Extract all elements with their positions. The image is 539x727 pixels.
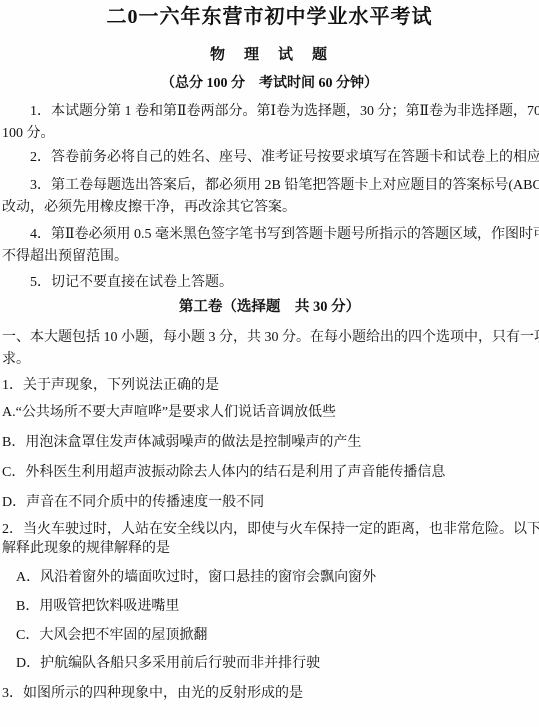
score-info: （总分 100 分 考试时间 60 分钟） bbox=[0, 76, 539, 91]
notice-4-line-2: 不得超出预留范围。 bbox=[2, 249, 128, 264]
notice-2-line-1: 2．答卷前务必将自己的姓名、座号、准考证号按要求填写在答题卡和试卷上的相应位置 bbox=[30, 150, 539, 165]
exam-paper-page: 二0一六年东营市初中学业水平考试 物 理 试 题 （总分 100 分 考试时间 … bbox=[0, 0, 539, 727]
question-1-option-c: C．外科医生利用超声波振动除去人体内的结石是利用了声音能传播信息 bbox=[2, 465, 445, 480]
notice-1-line-1: 1．本试题分第 1 卷和第Ⅱ卷两部分。第Ⅰ卷为选择题，30 分；第Ⅱ卷为非选择题… bbox=[30, 104, 539, 119]
question-2-option-c: C．大风会把不牢固的屋顶掀翻 bbox=[16, 628, 207, 643]
page-title: 二0一六年东营市初中学业水平考试 bbox=[0, 10, 539, 25]
question-1-option-b: B．用泡沫盒罩住发声体减弱噪声的做法是控制噪声的产生 bbox=[2, 435, 361, 450]
question-2-option-b: B．用吸管把饮料吸进嘴里 bbox=[16, 599, 179, 614]
question-1-stem: 1．关于声现象，下列说法正确的是 bbox=[2, 378, 219, 393]
notice-1-line-2: 100 分。 bbox=[2, 126, 55, 141]
question-1-option-d: D．声音在不同介质中的传播速度一般不同 bbox=[2, 495, 264, 510]
section-heading: 第工卷（选择题 共 30 分） bbox=[0, 300, 539, 315]
notice-3-line-1: 3．第工卷每题选出答案后，都必须用 2B 铅笔把答题卡上对应题目的答案标号(AB… bbox=[30, 178, 539, 193]
notice-5-line-1: 5．切记不要直接在试卷上答题。 bbox=[30, 275, 233, 290]
question-2-stem-line-2: 解释此现象的规律解释的是 bbox=[2, 541, 170, 556]
section-intro-line-1: 一、本大题包括 10 小题，每小题 3 分，共 30 分。在每小题给出的四个选项… bbox=[2, 330, 539, 345]
question-3-stem: 3．如图所示的四种现象中，由光的反射形成的是 bbox=[2, 686, 303, 701]
section-intro-line-2: 求。 bbox=[2, 352, 30, 367]
question-1-option-a: A.“公共场所不要大声喧哗”是要求人们说话音调放低些 bbox=[2, 405, 336, 420]
notice-3-line-2: 改动，必须先用橡皮擦干净，再改涂其它答案。 bbox=[2, 200, 296, 215]
subject-title: 物 理 试 题 bbox=[0, 48, 539, 63]
question-2-stem-line-1: 2．当火车驶过时，人站在安全线以内，即使与火车保持一定的距离，也非常危险。以下现… bbox=[2, 522, 539, 537]
question-2-option-d: D．护航编队各船只多采用前后行驶而非并排行驶 bbox=[16, 656, 320, 671]
notice-4-line-1: 4．第Ⅱ卷必须用 0.5 毫米黑色签字笔书写到答题卡题号所指示的答题区域，作图时… bbox=[30, 227, 539, 242]
question-2-option-a: A．风沿着窗外的墙面吹过时，窗口悬挂的窗帘会飘向窗外 bbox=[16, 570, 376, 585]
